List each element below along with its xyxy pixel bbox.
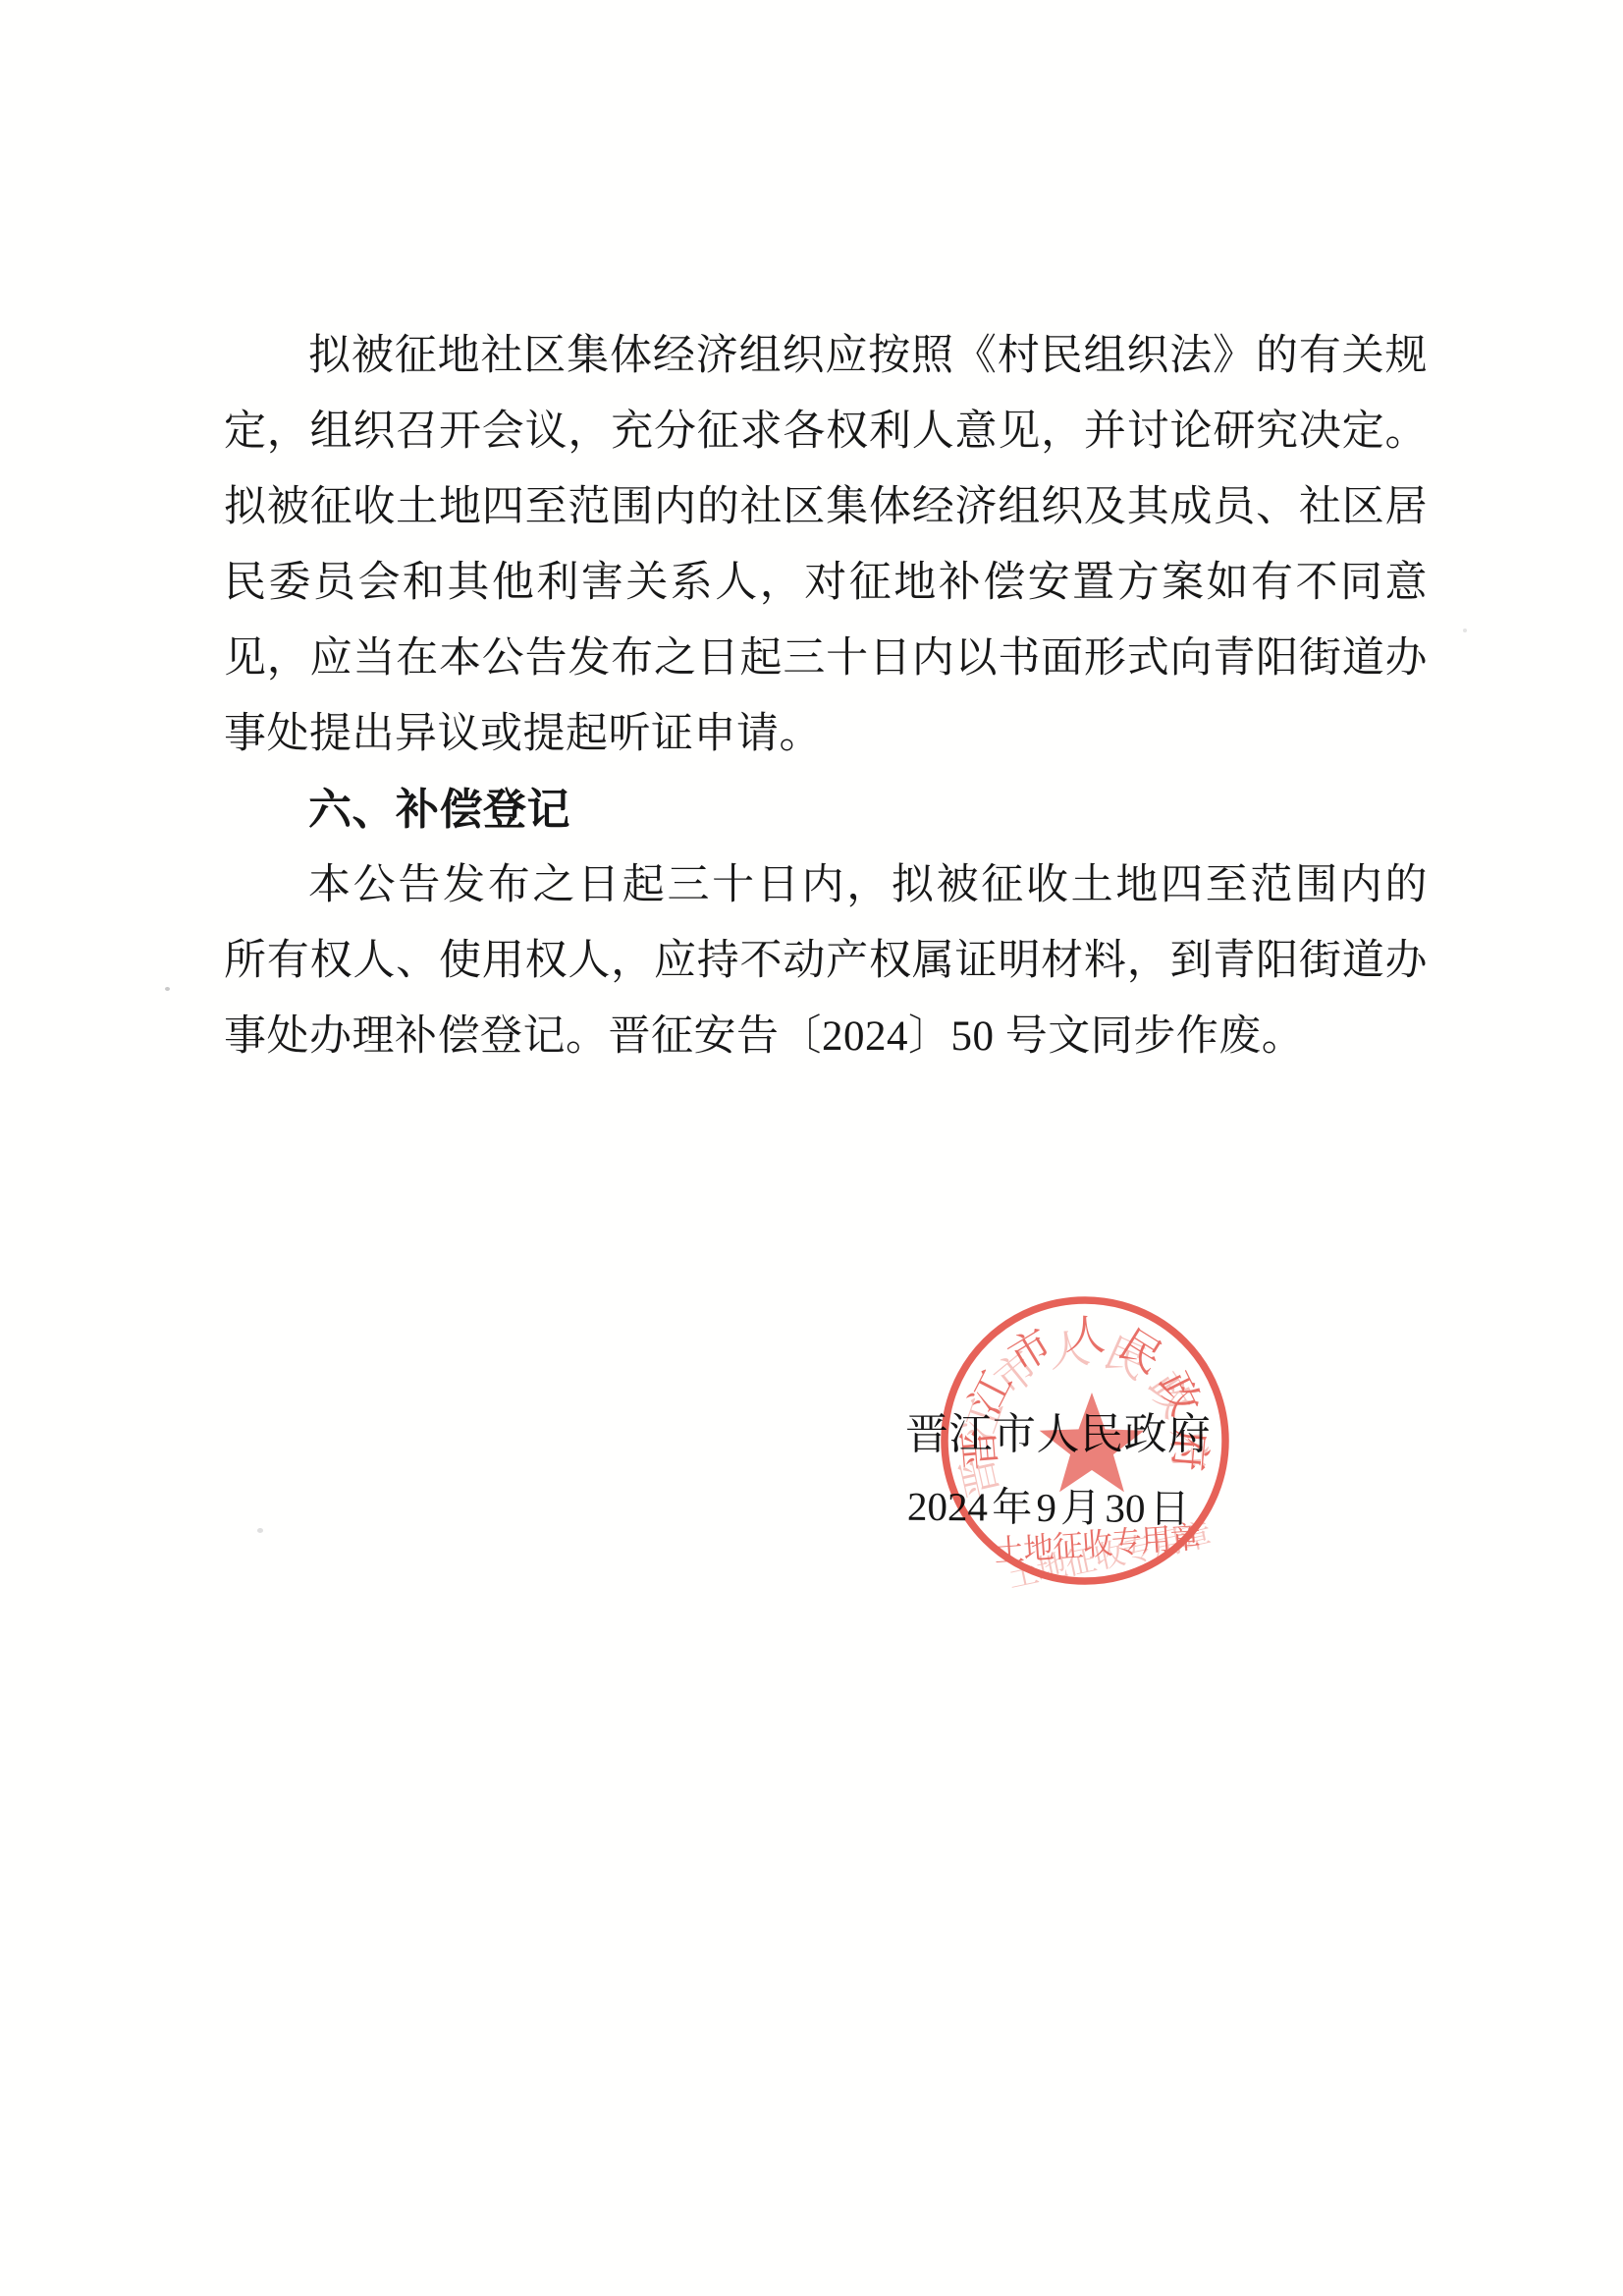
scan-speckle	[1463, 629, 1467, 632]
paragraph2-line: 所有权人、使用权人，应持不动产权属证明材料，到青阳街道办	[224, 923, 1428, 999]
paragraph1-line: 事处提出异议或提起听证申请。	[224, 696, 1428, 772]
paragraph1-line: 民委员会和其他利害关系人，对征地补偿安置方案如有不同意	[224, 545, 1428, 621]
document-body: 拟被征地社区集体经济组织应按照《村民组织法》的有关规 定，组织召开会议，充分征求…	[224, 318, 1428, 1074]
notice-document-page: 拟被征地社区集体经济组织应按照《村民组织法》的有关规 定，组织召开会议，充分征求…	[0, 0, 1623, 2296]
scan-speckle	[165, 987, 170, 991]
paragraph2-line: 本公告发布之日起三十日内，拟被征收土地四至范围内的	[224, 847, 1428, 923]
paragraph1-line: 拟被征收土地四至范围内的社区集体经济组织及其成员、社区居	[224, 469, 1428, 545]
paragraph2-line: 事处办理补偿登记。晋征安告〔2024〕50 号文同步作废。	[224, 999, 1428, 1074]
section-heading: 六、补偿登记	[224, 772, 1428, 847]
paragraph1-line: 见，应当在本公告发布之日起三十日内以书面形式向青阳街道办	[224, 621, 1428, 696]
scan-speckle	[257, 1528, 263, 1533]
paragraph1-line: 定，组织召开会议，充分征求各权利人意见，并讨论研究决定。	[224, 394, 1428, 469]
signature-issuer: 晋江市人民政府	[905, 1398, 1212, 1461]
signature-date: 2024 年 9 月 30 日	[907, 1474, 1190, 1535]
paragraph1-line: 拟被征地社区集体经济组织应按照《村民组织法》的有关规	[224, 318, 1428, 394]
